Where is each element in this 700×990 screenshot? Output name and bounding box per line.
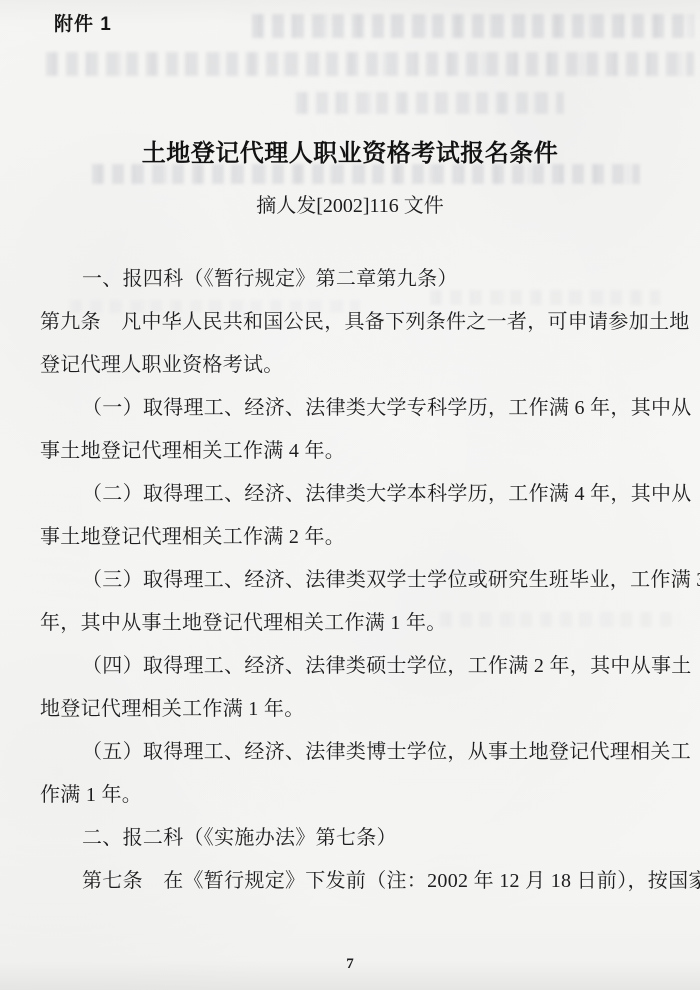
attachment-label: 附件 1 [54,9,112,36]
body-text-line: 第九条 凡中华人民共和国公民，具备下列条件之一者，可申请参加土地 [40,309,695,352]
bleedthrough-text-artifact [252,14,694,38]
body-text-line: 作满 1 年。 [40,782,695,825]
body-text-line: （四）取得理工、经济、法律类硕士学位，工作满 2 年，其中从事土 [40,653,695,696]
body-text-line: （五）取得理工、经济、法律类博士学位，从事土地登记代理相关工 [40,739,695,782]
document-title: 土地登记代理人职业资格考试报名条件 [0,133,700,168]
document-source-line: 摘人发[2002]116 文件 [0,189,700,218]
bleedthrough-text-artifact [296,92,564,114]
body-text-line: 事土地登记代理相关工作满 2 年。 [40,524,695,567]
body-text-line: 年，其中从事土地登记代理相关工作满 1 年。 [40,610,695,653]
bleedthrough-text-artifact [46,52,694,76]
body-text-line: 二、报二科（《实施办法》第七条） [40,825,695,868]
body-text-line: （二）取得理工、经济、法律类大学本科学历，工作满 4 年，其中从 [40,481,695,524]
body-text-line: 一、报四科（《暂行规定》第二章第九条） [40,266,695,309]
body-text-line: 第七条 在《暂行规定》下发前（注：2002 年 12 月 18 日前），按国家 [40,868,695,911]
body-text-line: 事土地登记代理相关工作满 4 年。 [40,438,695,481]
body-text-line: 地登记代理相关工作满 1 年。 [40,696,695,739]
body-text-line: （三）取得理工、经济、法律类双学士学位或研究生班毕业，工作满 3 [40,567,695,610]
scanned-document-page: 附件 1 土地登记代理人职业资格考试报名条件 摘人发[2002]116 文件 一… [0,0,700,990]
body-text-line: （一）取得理工、经济、法律类大学专科学历，工作满 6 年，其中从 [40,395,695,438]
page-number: 7 [0,956,700,973]
body-text-line: 登记代理人职业资格考试。 [40,352,695,395]
